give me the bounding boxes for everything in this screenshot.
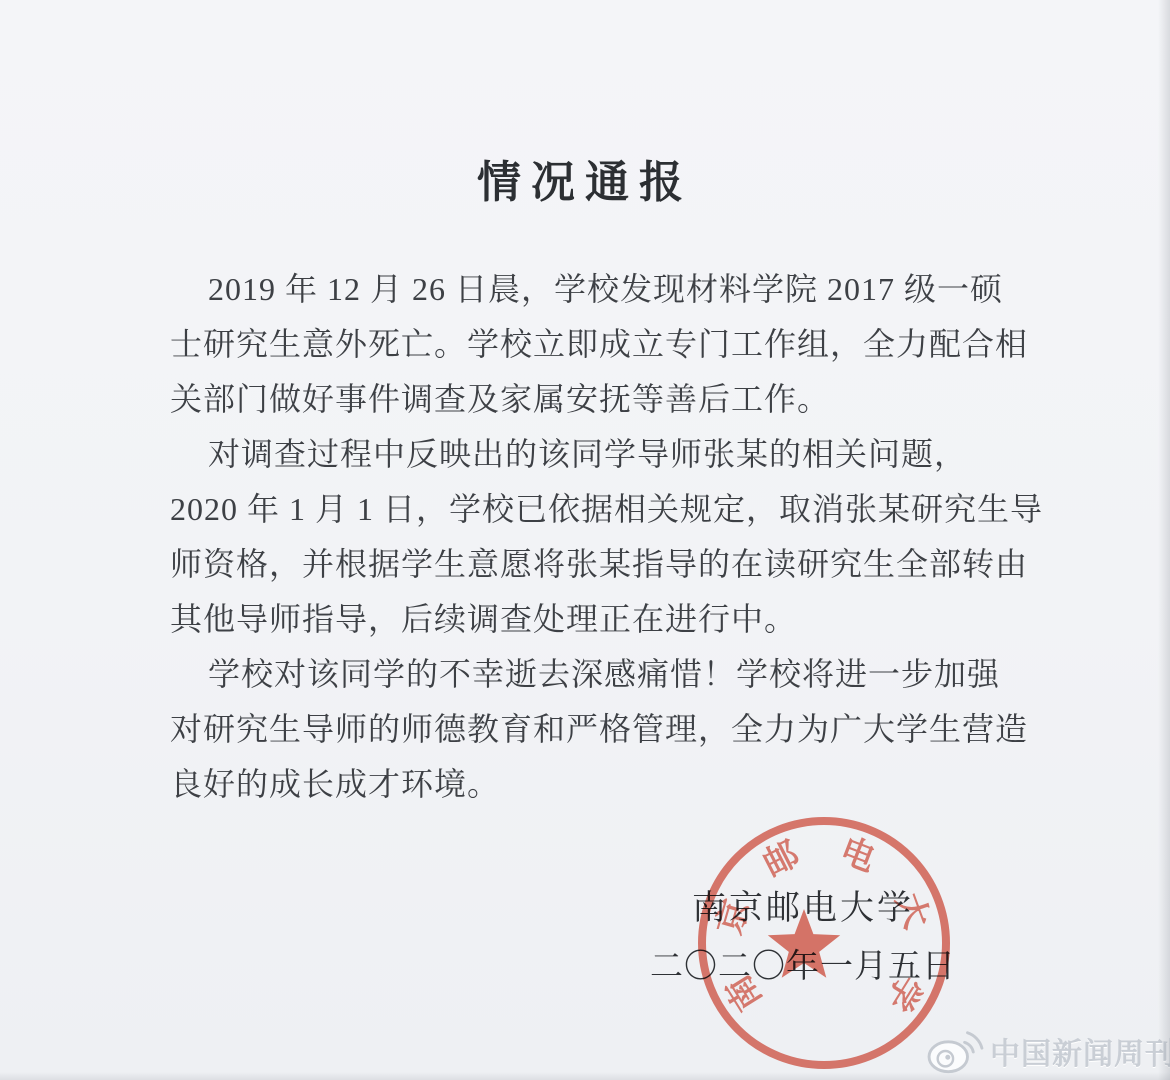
official-seal: 南 京 邮 电 大 学 [684, 803, 964, 1080]
document-line: 2019 年 12 月 26 日晨，学校发现材料学院 2017 级一硕 [170, 262, 1020, 317]
seal-star [768, 909, 840, 978]
seal-ring-char: 电 [835, 831, 880, 879]
document-line: 关部门做好事件调查及家属安抚等善后工作。 [170, 372, 1020, 427]
seal-ring-char: 大 [889, 888, 936, 933]
document-line: 士研究生意外死亡。学校立即成立专门工作组，全力配合相 [170, 317, 1020, 372]
weibo-icon [924, 1026, 986, 1076]
seal-ring-char: 京 [711, 896, 757, 939]
scan-edge-shade [1158, 0, 1170, 1080]
document-body: 2019 年 12 月 26 日晨，学校发现材料学院 2017 级一硕士研究生意… [170, 262, 1020, 812]
document-line: 师资格，并根据学生意愿将张某指导的在读研究生全部转由 [170, 537, 1020, 592]
document-line: 2020 年 1 月 1 日，学校已依据相关规定，取消张某研究生导 [170, 482, 1020, 537]
seal-ring-char: 邮 [758, 835, 806, 884]
notice-title: 情况通报 [0, 146, 1170, 210]
scanned-notice-page: 情况通报 2019 年 12 月 26 日晨，学校发现材料学院 2017 级一硕… [0, 0, 1170, 1080]
watermark-text: 中国新闻周刊 [990, 1029, 1170, 1073]
document-line: 对调查过程中反映出的该同学导师张某的相关问题， [170, 427, 1020, 482]
document-line: 对研究生导师的师德教育和严格管理，全力为广大学生营造 [170, 702, 1020, 757]
scan-edge-shade [0, 1072, 1170, 1080]
document-line: 学校对该同学的不幸逝去深感痛惜！学校将进一步加强 [170, 647, 1020, 702]
document-line: 其他导师指导，后续调查处理正在进行中。 [170, 592, 1020, 647]
